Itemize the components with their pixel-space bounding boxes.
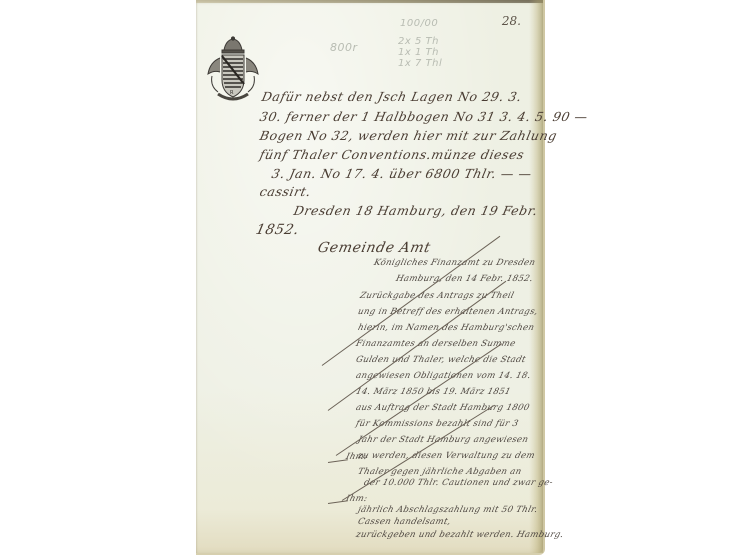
main-text-line: Dafür nebst den Jsch Lagen No 29. 3.	[260, 89, 523, 104]
main-text-line: 3. Jan. No 17. 4. über 6800 Thlr. — —	[270, 166, 533, 181]
right-text-line: ung in Betreff des erhaltenen Antrags,	[357, 307, 539, 317]
main-text-line: 30. ferner der 1 Halbbogen No 31 3. 4. 5…	[258, 109, 589, 124]
margin-label: Ihm:	[345, 452, 369, 462]
right-text-line: zurückgeben und bezahlt werden. Hamburg.	[355, 530, 565, 540]
signature: Gemeinde Amt	[316, 240, 432, 256]
svg-text:R: R	[230, 90, 234, 96]
main-text-line: cassirt.	[258, 184, 312, 199]
page-top-edge	[196, 0, 543, 3]
page-number: 28.	[502, 14, 521, 28]
right-text-line: Gulden und Thaler, welche die Stadt	[355, 355, 527, 365]
main-text-line: Dresden 18 Hamburg, den 19 Febr.	[292, 203, 539, 218]
main-text-line: Bogen No 32, werden hier mit zur Zahlung	[258, 128, 558, 143]
right-text-line: Finanzamtes an derselben Summe	[355, 339, 517, 349]
pencil-note-right-2: 2x 5 Th	[398, 36, 439, 47]
right-text-line: aus Auftrag der Stadt Hamburg 1800	[355, 403, 531, 413]
main-text-line: 1852.	[254, 222, 300, 238]
pencil-note-right-3: 1x 1 Th	[398, 47, 439, 58]
main-text-line: fünf Thaler Conventions.münze dieses	[258, 147, 525, 162]
right-text-line: der 10.000 Thlr. Cautionen und zwar ge-	[363, 478, 554, 488]
right-text-line: zu werden, diesen Verwaltung zu dem	[357, 451, 536, 461]
right-text-line: jährlich Abschlagszahlung mit 50 Thlr.	[357, 505, 539, 515]
right-text-line: Cassen handelsamt,	[357, 517, 452, 527]
pencil-note-left: 800r	[330, 42, 358, 53]
right-text-line: Zurückgabe des Antrags zu Theil	[359, 291, 515, 301]
pencil-note-right-4: 1x 7 Thl	[398, 58, 442, 69]
right-text-line: angewiesen Obligationen vom 14. 18.	[355, 371, 532, 381]
document-page: R 800r 100/00 2x 5 Th 1x 1 Th 1x 7 Thl 2…	[196, 0, 545, 555]
right-text-line: Hamburg, den 14 Febr. 1852.	[395, 274, 534, 284]
right-text-line: Königliches Finanzamt zu Dresden	[373, 258, 537, 268]
pencil-note-right-1: 100/00	[400, 18, 438, 29]
coat-of-arms-icon: R	[204, 36, 262, 106]
